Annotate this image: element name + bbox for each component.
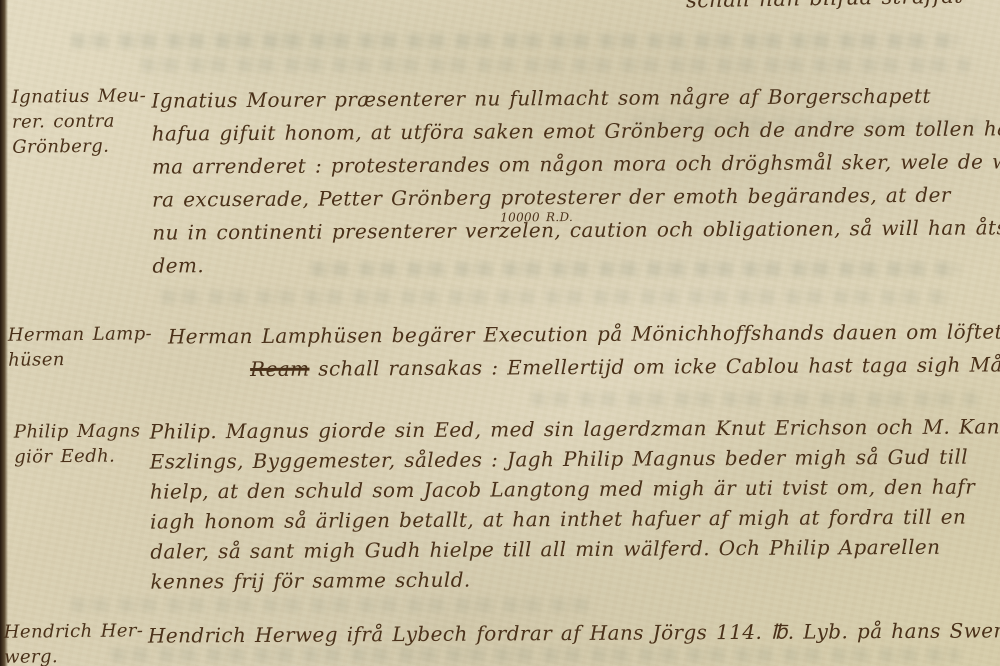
body-line: Ignatius Mourer præsenterer nu fullmacht… [151,79,996,117]
strikethrough-word: Ream [250,357,310,381]
body-line: Ream schall ransakas : Emellertijd om ic… [168,348,998,386]
margin-note-lamphusen: Herman Lamp- hüsen [8,321,153,373]
body-line: dem. [152,244,997,282]
margin-line: rer. contra [12,108,147,134]
bleedthrough-band [150,290,950,304]
margin-line: Herman Lamp- [8,321,152,348]
manuscript-page: schall han blifua straffat Ignatius Meu-… [0,0,1000,666]
margin-line: Philip Magns [14,418,141,444]
page-edge-shadow [0,0,8,666]
body-line: 10000 R.D. nu in continenti presenterer … [152,211,997,249]
margin-note-ignatius: Ignatius Meu- rer. contra Grönberg. [12,83,147,159]
entry-body-hendrich: Hendrich Herweg ifrå Lybech fordrar af H… [148,614,998,651]
margin-line: werg. [4,643,144,666]
entry-body-philip: Philip. Magnus giorde sin Eed, med sin l… [149,411,995,596]
entry-body-lamphusen: Herman Lamphüsen begärer Execution på Mö… [168,315,998,386]
interlinear-insertion: 10000 R.D. [500,201,573,234]
margin-note-philip: Philip Magns giör Eedh. [14,418,141,469]
body-line-text: schall ransakas : Emellertijd om icke Ca… [309,351,1000,380]
body-line-text: nu in continenti presenterer verzelen, c… [152,215,1000,245]
margin-line: Hendrich Her- [4,618,144,644]
bleedthrough-band [60,598,600,612]
entry-body-ignatius: Ignatius Mourer præsenterer nu fullmacht… [151,79,997,282]
margin-line: Grönberg. [12,133,147,159]
body-line: ma arrenderet : protesterandes om någon … [152,145,997,183]
body-line: Herman Lamphüsen begärer Execution på Mö… [168,315,998,353]
margin-line: Ignatius Meu- [12,83,147,109]
body-line: hafua gifuit honom, at utföra saken emot… [152,112,997,150]
bleedthrough-band [60,34,960,48]
top-line-fragment: schall han blifua straffat [686,0,963,12]
bleedthrough-band [520,392,980,406]
body-line: Hendrich Herweg ifrå Lybech fordrar af H… [148,614,998,651]
margin-note-hendrich: Hendrich Her- werg. [4,618,144,666]
margin-line: hüsen [8,346,152,373]
body-line: ra excuserade, Petter Grönberg protester… [152,178,997,216]
bleedthrough-band [130,58,970,72]
margin-line: giör Eedh. [14,443,141,469]
body-line: kennes frij för samme schuld. [150,561,995,596]
